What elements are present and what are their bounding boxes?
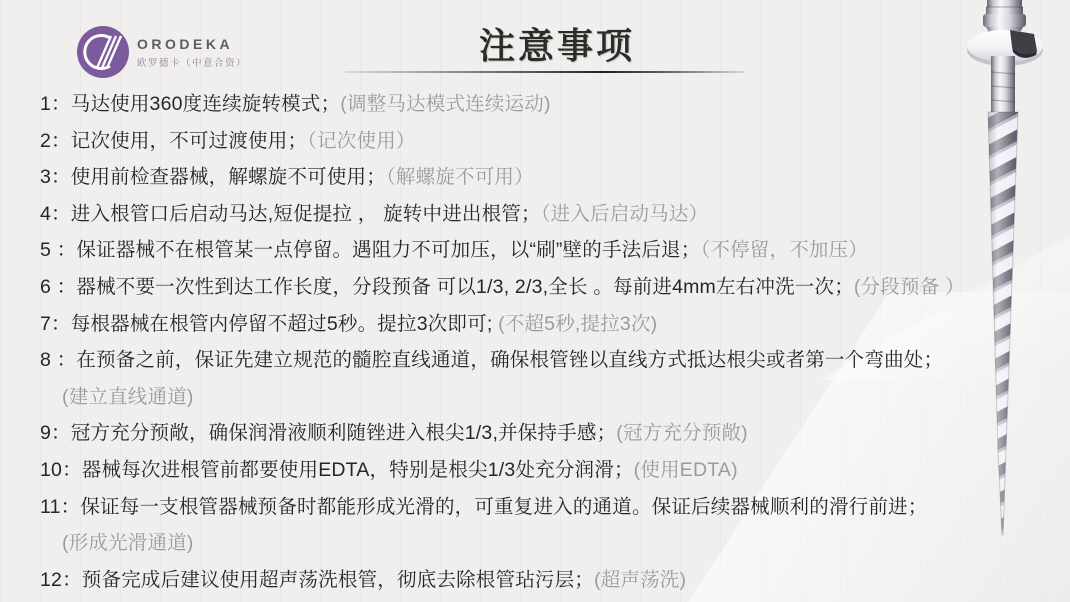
list-item-main-text: 7：每根器械在根管内停留不超过5秒。提拉3次即可;: [40, 313, 492, 335]
list-item: 12：预备完成后建议使用超声荡洗根管，彻底去除根管玷污层；(超声荡洗): [40, 562, 1020, 599]
list-item: 11：保证每一支根管器械预备时都能形成光滑的，可重复进入的通道。保证后续器械顺利…: [40, 489, 1020, 562]
list-item-main-text: 11：保证每一支根管器械预备时都能形成光滑的，可重复进入的通道。保证后续器械顺利…: [40, 496, 927, 518]
list-item-main-text: 3：使用前检查器械，解螺旋不可使用；: [40, 166, 386, 188]
list-item-note-text: (超声荡洗): [594, 569, 686, 591]
list-item-note-text: (建立直线通道): [62, 379, 1020, 416]
list-item-note-text: (冠方充分预敞): [616, 422, 748, 444]
list-item: 1：马达使用360度连续旋转模式；(调整马达模式连续运动): [40, 86, 1020, 123]
list-item-main-text: 6 ：器械不要一次性到达工作长度，分段预备 可以1/3, 2/3,全长 。每前进…: [40, 276, 854, 298]
precautions-list: 1：马达使用360度连续旋转模式；(调整马达模式连续运动)2：记次使用，不可过渡…: [40, 86, 1020, 598]
list-item-note-text: (使用EDTA): [634, 459, 738, 481]
list-item-main-text: 1：马达使用360度连续旋转模式；: [40, 93, 340, 115]
list-item: 7：每根器械在根管内停留不超过5秒。提拉3次即可; (不超5秒,提拉3次): [40, 306, 1020, 343]
list-item-note-text: (分段预备 ）: [854, 276, 965, 298]
title-underline: [345, 71, 745, 73]
list-item-main-text: 10：器械每次进根管前都要使用EDTA，特别是根尖1/3处充分润滑；: [40, 459, 634, 481]
list-item-main-text: 12：预备完成后建议使用超声荡洗根管，彻底去除根管玷污层；: [40, 569, 594, 591]
list-item: 3：使用前检查器械，解螺旋不可使用；（解螺旋不可用）: [40, 159, 1020, 196]
list-item-main-text: 2：记次使用，不可过渡使用；: [40, 130, 307, 152]
list-item-main-text: 4：进入根管口后启动马达,短促提拉 ， 旋转中进出根管；: [40, 203, 541, 225]
list-item: 8 ：在预备之前，保证先建立规范的髓腔直线通道，确保根管锉以直线方式抵达根尖或者…: [40, 342, 1020, 415]
list-item-note-text: （记次使用）: [307, 130, 415, 152]
list-item-main-text: 5 ：保证器械不在根管某一点停留。遇阻力不可加压，以“刷”壁的手法后退；: [40, 239, 700, 261]
logo-subtitle: 欧罗德卡（中意合资）: [137, 55, 247, 69]
logo-text: ORODEKA 欧罗德卡（中意合资）: [137, 36, 247, 69]
list-item-note-text: (调整马达模式连续运动): [340, 93, 550, 115]
list-item: 4：进入根管口后启动马达,短促提拉 ， 旋转中进出根管；（进入后启动马达）: [40, 196, 1020, 233]
list-item-note-text: （进入后启动马达）: [541, 203, 709, 225]
list-item: 2：记次使用，不可过渡使用；（记次使用）: [40, 123, 1020, 160]
list-item-note-text: （不停留，不加压）: [700, 239, 868, 261]
brand-logo: ORODEKA 欧罗德卡（中意合资）: [77, 26, 247, 78]
list-item-main-text: 9：冠方充分预敞，确保润滑液顺利随锉进入根尖1/3,并保持手感；: [40, 422, 616, 444]
page-title: 注意事项: [479, 18, 635, 69]
orodeka-logo-icon: [77, 26, 129, 78]
list-item: 10：器械每次进根管前都要使用EDTA，特别是根尖1/3处充分润滑；(使用EDT…: [40, 452, 1020, 489]
list-item-note-text: (不超5秒,提拉3次): [492, 313, 657, 335]
list-item: 9：冠方充分预敞，确保润滑液顺利随锉进入根尖1/3,并保持手感；(冠方充分预敞): [40, 415, 1020, 452]
list-item-note-text: （解螺旋不可用）: [386, 166, 534, 188]
logo-brand-name: ORODEKA: [137, 36, 247, 52]
list-item: 5 ：保证器械不在根管某一点停留。遇阻力不可加压，以“刷”壁的手法后退；（不停留…: [40, 232, 1020, 269]
list-item-note-text: (形成光滑通道): [62, 525, 1020, 562]
list-item-main-text: 8 ：在预备之前，保证先建立规范的髓腔直线通道，确保根管锉以直线方式抵达根尖或者…: [40, 349, 943, 371]
list-item: 6 ：器械不要一次性到达工作长度，分段预备 可以1/3, 2/3,全长 。每前进…: [40, 269, 1020, 306]
